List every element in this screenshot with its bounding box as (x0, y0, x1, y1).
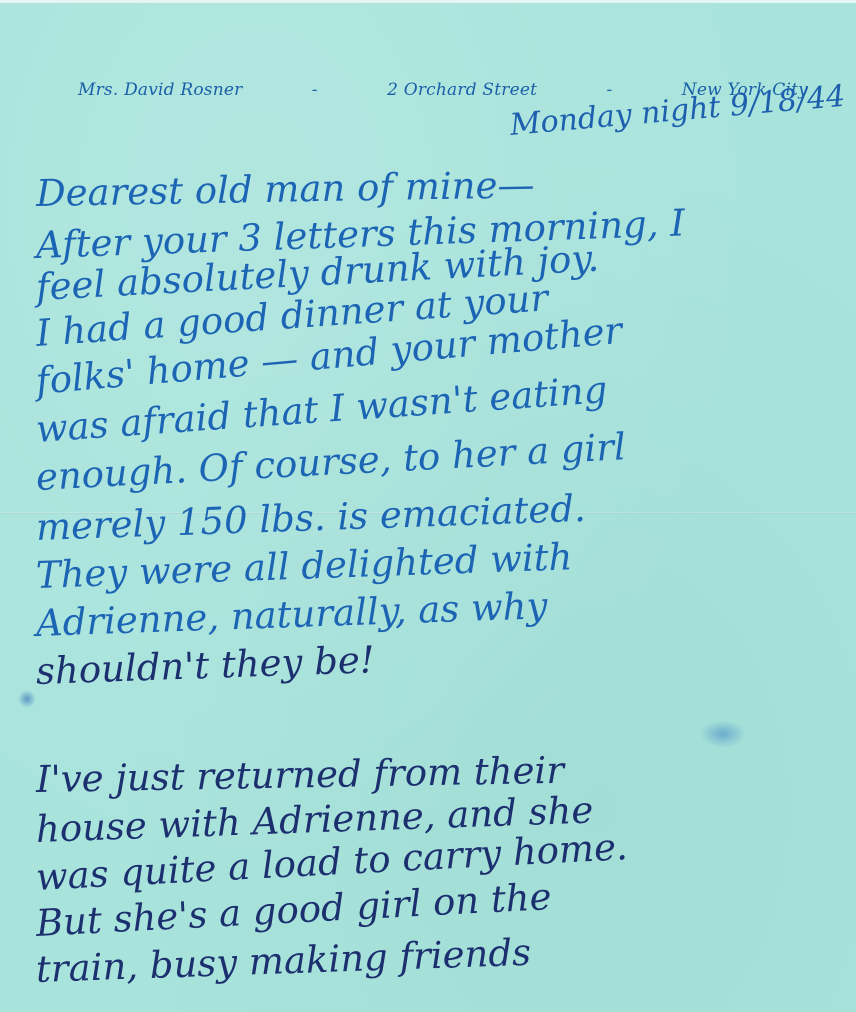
letterhead-name: Mrs. David Rosner (78, 80, 242, 100)
ink-blot (700, 720, 746, 748)
letterhead-separator: - (306, 80, 324, 100)
letter-paper: Mrs. David Rosner - 2 Orchard Street - N… (0, 0, 856, 1012)
ink-mark (18, 690, 36, 708)
letterhead-separator: - (601, 80, 619, 100)
paper-top-edge (0, 0, 856, 3)
letterhead-address: 2 Orchard Street (387, 80, 537, 100)
